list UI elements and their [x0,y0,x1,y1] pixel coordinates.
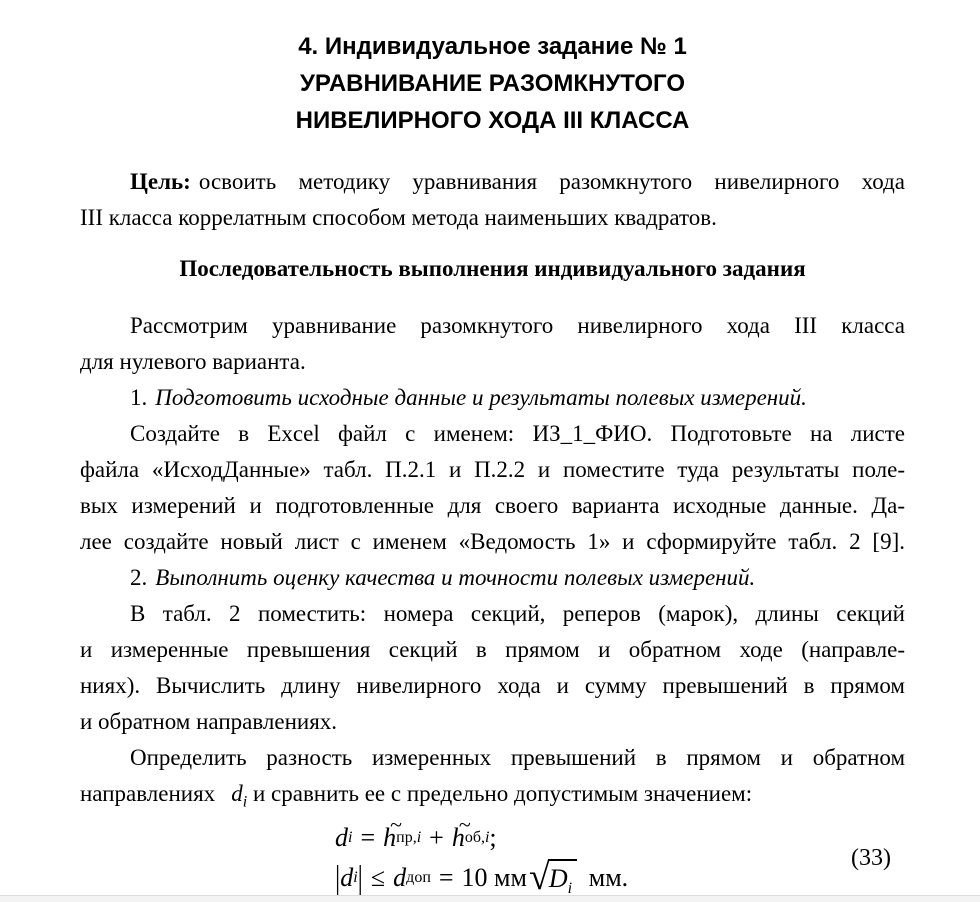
plus-sign: + [429,823,444,853]
page-title-line-1: 4. Индивидуальное задание № 1 [80,28,905,65]
page-title-line-3: НИВЕЛИРНОГО ХОДА III КЛАССА [80,102,905,139]
create-line-2: файла «ИсходДанные» табл. П.2.1 и П.2.2 … [80,452,905,488]
equation-number: (33) [851,845,905,872]
create-line-4: лее создайте новый лист с именем «Ведомо… [80,524,905,560]
step-2-text: Выполнить оценку качества и точности пол… [155,565,755,590]
d-allowable-subscript: доп [406,869,431,886]
step-1-item: 1.Подготовить исходные данные и результа… [80,380,905,416]
h-forward-variable: ~h [383,823,396,853]
goal-label: Цель: [130,169,191,194]
goal-line-1: Цель:освоить методику уравнивания разомк… [80,164,905,200]
table2-line-1: В табл. 2 поместить: номера секций, репе… [80,596,905,632]
leq-sign: ≤ [371,863,385,893]
tilde-accent: ~ [390,814,402,836]
unit-label: мм. [589,863,628,893]
formula-line-1: di = ~hпр,i + ~hоб,i ; [335,818,628,858]
page-title: 4. Индивидуальное задание № 1 УРАВНИВАНИ… [80,28,905,139]
formula2-d: d [340,863,353,893]
square-root: √Di [529,859,577,897]
difference-line-2: направлениях di и сравнить ее с предельн… [80,776,905,812]
step-1-text: Подготовить исходные данные и результаты… [155,385,807,410]
step-2-item: 2.Выполнить оценку качества и точности п… [80,560,905,596]
step-2-number: 2. [130,565,147,590]
formula1-d: d [335,823,348,853]
d-variable-inline-subscript: i [243,794,247,811]
document-page: 4. Индивидуальное задание № 1 УРАВНИВАНИ… [0,0,980,902]
table2-paragraph: В табл. 2 поместить: номера секций, репе… [80,596,905,740]
distance-variable: D [549,864,568,893]
intro-paragraph: Рассмотрим уравнивание разомкнутого ниве… [80,308,905,380]
formula1-d-subscript: i [348,829,352,846]
section-heading: Последовательность выполнения индивидуал… [80,250,905,287]
table2-line-2: и измеренные превышения секций в прямом … [80,632,905,668]
formula-lines: di = ~hпр,i + ~hоб,i ; |di| ≤ dдоп = 10 … [335,818,628,898]
equals-sign-2: = [439,863,454,893]
equals-sign: = [360,823,375,853]
create-line-1: Создайте в Excel файл с именем: ИЗ_1_ФИО… [80,416,905,452]
semicolon: ; [489,823,496,853]
page-title-line-2: УРАВНИВАНИЕ РАЗОМКНУТОГО [80,65,905,102]
d-allowable-variable: d [393,863,406,893]
radicand: Di [548,859,577,894]
create-file-paragraph: Создайте в Excel файл с именем: ИЗ_1_ФИО… [80,416,905,560]
goal-line-2: III класса коррелатным способом метода н… [80,200,905,236]
difference-line-1: Определить разность измеренных превышени… [80,740,905,776]
h-backward-variable: ~h [452,823,465,853]
create-line-3: вых измерений и подготовленные для своег… [80,488,905,524]
d-variable-inline: d [231,781,243,806]
abs-bar-right: | [358,859,363,897]
table2-line-4: и обратном направлениях. [80,704,905,740]
intro-line-2: для нулевого варианта. [80,344,905,380]
abs-bar-left: | [335,859,340,897]
radical-sign: √ [529,858,550,896]
page-bottom-edge [0,895,980,902]
formula-block: di = ~hпр,i + ~hоб,i ; |di| ≤ dдоп = 10 … [80,818,905,898]
coefficient-value: 10 мм [462,863,527,893]
goal-paragraph: Цель:освоить методику уравнивания разомк… [80,164,905,236]
difference-paragraph: Определить разность измеренных превышени… [80,740,905,812]
intro-line-1: Рассмотрим уравнивание разомкнутого ниве… [80,308,905,344]
tilde-accent: ~ [459,814,471,836]
table2-line-3: ниях). Вычислить длину нивелирного хода … [80,668,905,704]
step-1-number: 1. [130,385,147,410]
h-forward-subscript-i: i [417,829,421,846]
difference-line-2-pre: направлениях [80,781,215,806]
formula-line-2: |di| ≤ dдоп = 10 мм √Di мм. [335,858,628,898]
goal-line-1-text: освоить методику уравнивания разомкнутог… [199,169,905,194]
difference-line-2-post: и сравнить ее с предельно допустимым зна… [253,781,752,806]
